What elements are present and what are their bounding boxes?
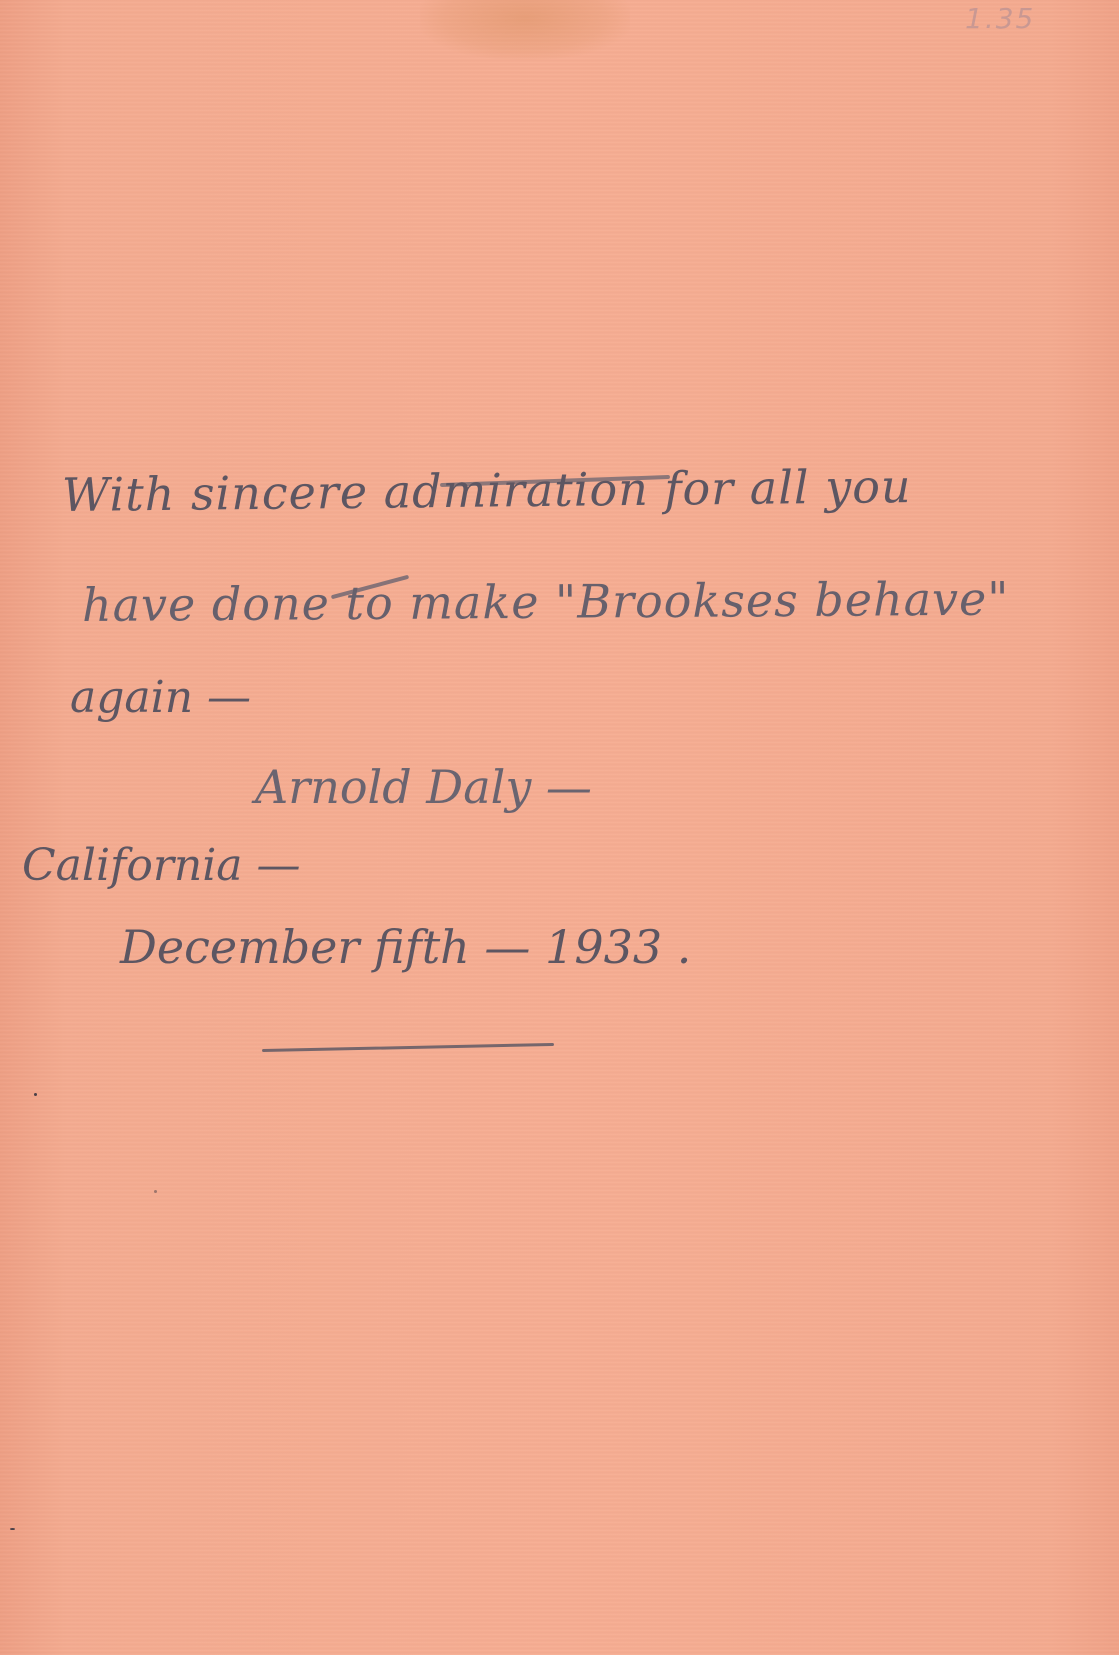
paper-speck (154, 1190, 157, 1193)
date-line: December fifth — 1933 . (120, 920, 691, 974)
signature-underline (262, 1043, 554, 1052)
signature: Arnold Daly — (255, 760, 592, 814)
inscription-line-3: again — (70, 672, 251, 723)
pencil-page-number: 1.35 (965, 2, 1035, 35)
paper-stain (420, 0, 630, 60)
paper-speck (10, 1528, 15, 1530)
inscription-line-2: have done to make "Brookses behave" (82, 572, 1010, 632)
place-line: California — (22, 840, 300, 891)
paper-speck (34, 1093, 37, 1096)
inscription-line-1: With sincere admiration for all you (62, 459, 912, 522)
inscription-page: 1.35 With sincere admiration for all you… (0, 0, 1119, 1655)
